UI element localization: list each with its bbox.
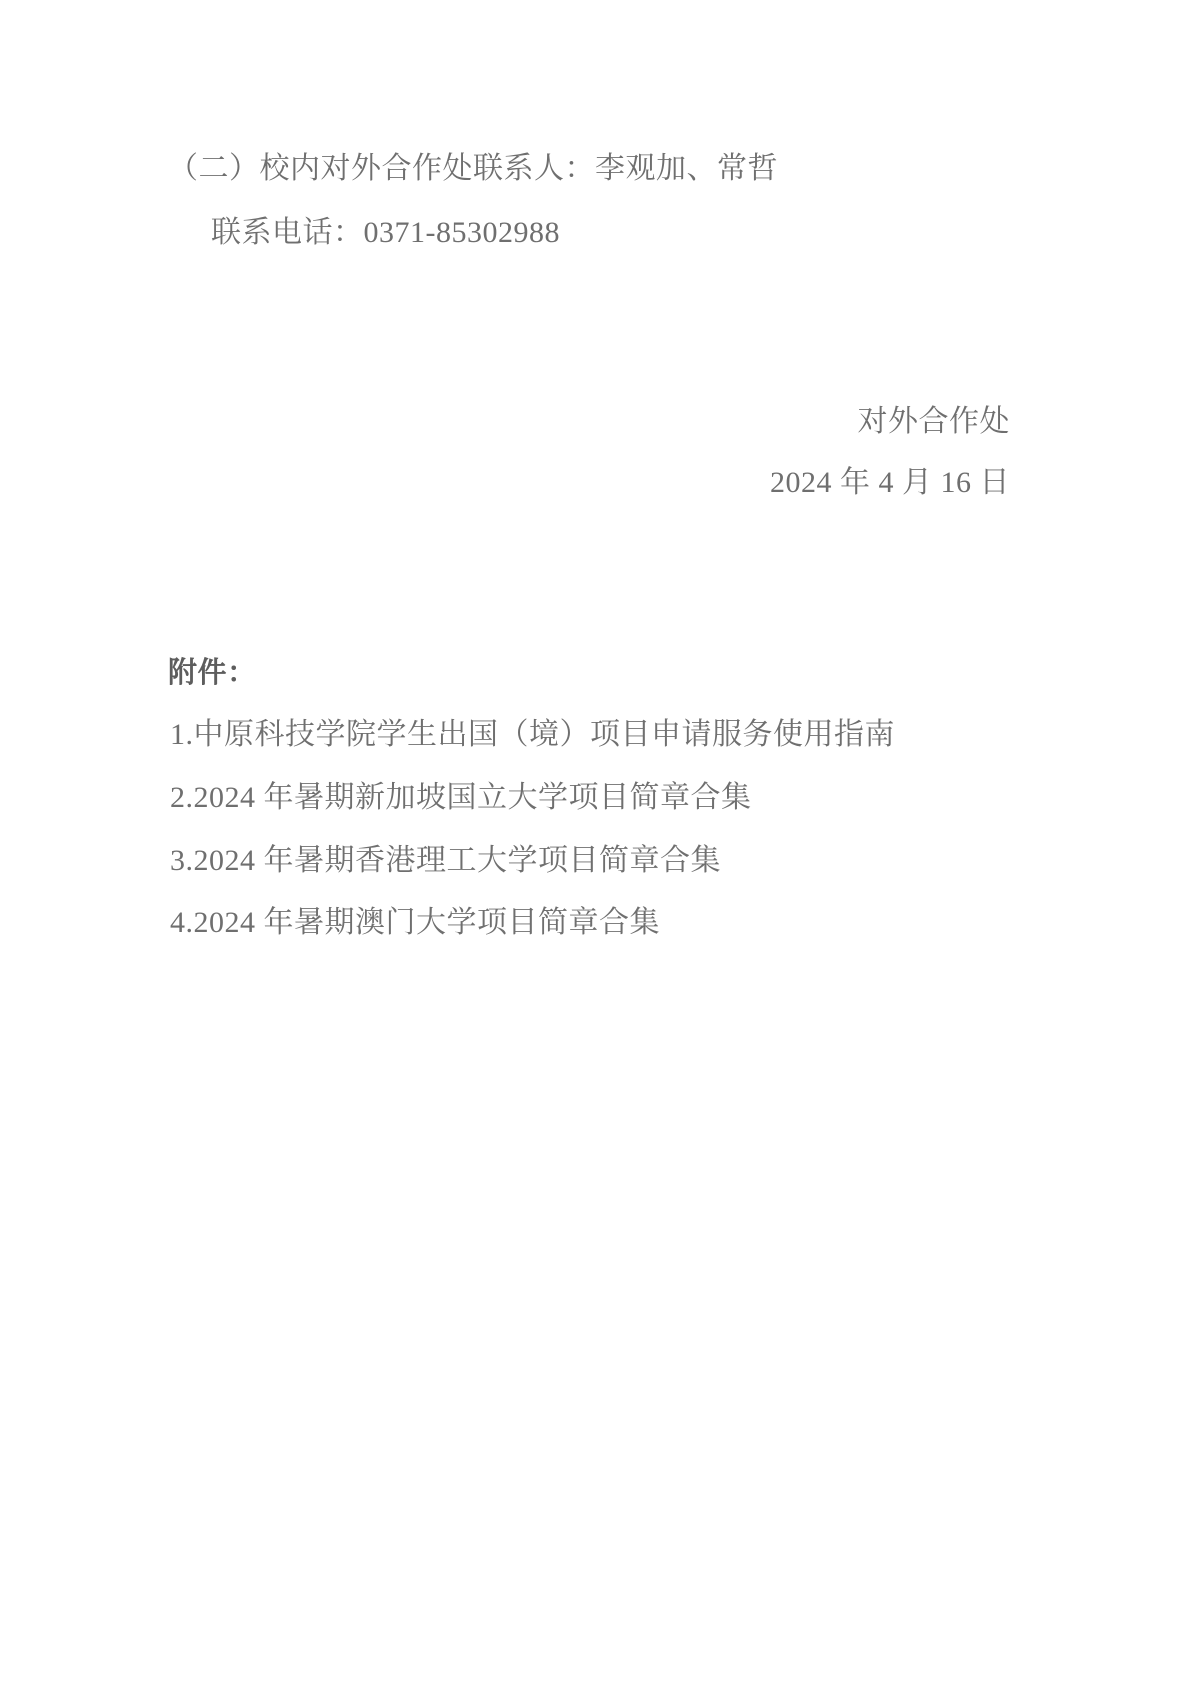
contact-person-line: （二）校内对外合作处联系人：李观加、常哲 [168, 150, 778, 188]
attachment-item-1: 1.中原科技学院学生出国（境）项目申请服务使用指南 [170, 716, 895, 754]
contact-phone-line: 联系电话：0371-85302988 [211, 214, 560, 252]
signature-date: 2024 年 4 月 16 日 [168, 464, 1010, 502]
attachments-heading: 附件： [168, 655, 257, 691]
attachment-item-2: 2.2024 年暑期新加坡国立大学项目简章合集 [170, 779, 752, 817]
attachment-item-3: 3.2024 年暑期香港理工大学项目简章合集 [170, 842, 721, 880]
signature-organization: 对外合作处 [168, 403, 1010, 441]
document-page: （二）校内对外合作处联系人：李观加、常哲 联系电话：0371-85302988 … [0, 0, 1191, 1684]
attachment-item-4: 4.2024 年暑期澳门大学项目简章合集 [170, 904, 660, 942]
